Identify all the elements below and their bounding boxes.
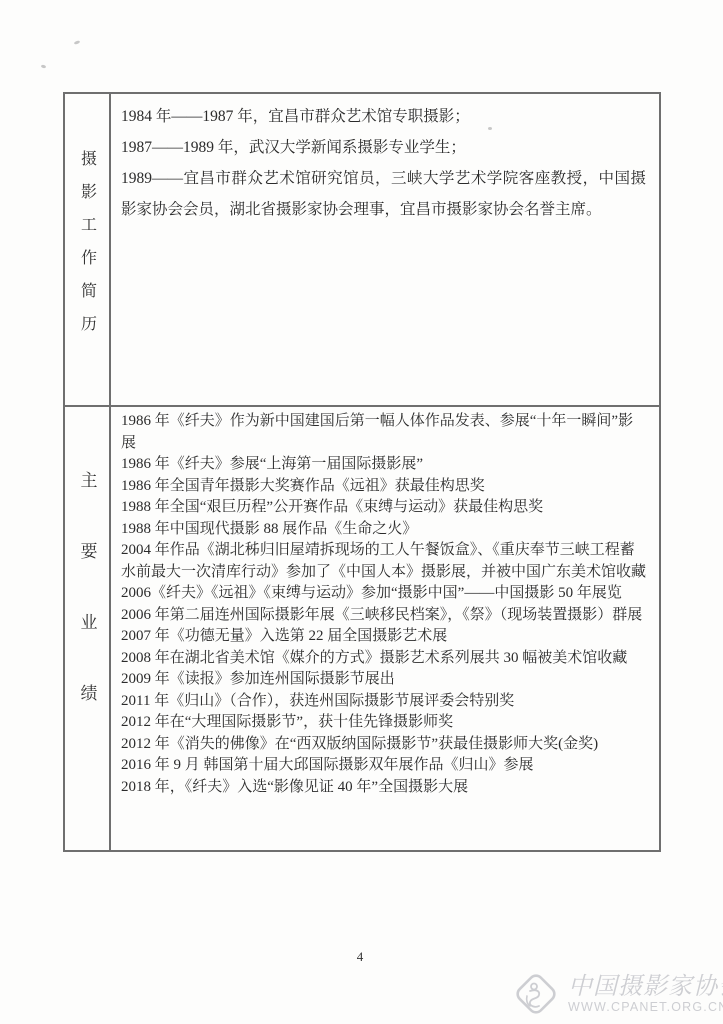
achievement-entry: 2012 年《消失的佛像》在“西双版纳国际摄影节”获最佳摄影师大奖(金奖): [121, 734, 647, 756]
row-label-main-achievements: 主要业绩: [65, 405, 109, 850]
achievement-entry: 2009 年《读报》参加连州国际摄影节展出: [121, 669, 647, 691]
history-entry: 1984 年——1987 年，宜昌市群众艺术馆专职摄影；: [121, 101, 646, 132]
achievement-entry: 2018 年，《纤夫》入选“影像见证 40 年”全国摄影大展: [121, 777, 647, 799]
achievement-entry: 2008 年在湖北省美术馆《媒介的方式》摄影艺术系列展共 30 幅被美术馆收藏: [121, 648, 647, 670]
resume-table: 摄影工作简历 1984 年——1987 年，宜昌市群众艺术馆专职摄影； 1987…: [63, 92, 661, 852]
row-label-photo-work-history: 摄影工作简历: [65, 94, 109, 405]
achievement-entry: 2006《纤夫》《远祖》《束缚与运动》参加“摄影中国”——中国摄影 50 年展览: [121, 583, 647, 605]
achievement-entry: 1988 年全国“艰巨历程”公开赛作品《束缚与运动》获最佳构思奖: [121, 497, 647, 519]
history-entry: 1987——1989 年，武汉大学新闻系摄影专业学生；: [121, 132, 646, 163]
history-entry: 1989——宜昌市群众艺术馆研究馆员，三峡大学艺术学院客座教授，中国摄影家协会会…: [121, 163, 646, 225]
watermark-url: WWW.CPANET.ORG.CN: [568, 1000, 723, 1014]
achievement-entry: 1986 年《纤夫》作为新中国建国后第一幅人体作品发表、参展“十年一瞬间”影展: [121, 411, 647, 454]
row-label-text: 主要业绩: [75, 471, 100, 755]
achievement-entry: 2007 年《功德无量》入选第 22 届全国摄影艺术展: [121, 626, 647, 648]
scan-speck: [41, 64, 47, 68]
achievement-entry: 2004 年作品《湖北秭归旧屋靖拆现场的工人午餐饭盒》、《重庆奉节三峡工程蓄水前…: [121, 540, 647, 583]
achievement-entry: 2016 年 9 月 韩国第十届大邱国际摄影双年展作品《归山》参展: [121, 755, 647, 777]
achievement-entry: 1988 年中国现代摄影 88 展作品《生命之火》: [121, 519, 647, 541]
photo-work-history-cell: 1984 年——1987 年，宜昌市群众艺术馆专职摄影； 1987——1989 …: [111, 94, 659, 405]
achievement-entry: 1986 年《纤夫》参展“上海第一届国际摄影展”: [121, 454, 647, 476]
achievement-entry: 2011 年《归山》（合作），获连州国际摄影节展评委会特别奖: [121, 691, 647, 713]
watermark-text-block: 中国摄影家协会 WWW.CPANET.ORG.CN: [568, 974, 723, 1014]
cpa-logo-icon: [512, 970, 560, 1018]
watermark-chinese-name: 中国摄影家协会: [568, 974, 723, 1000]
page-number: 4: [350, 949, 370, 965]
scan-speck: [74, 40, 81, 45]
achievement-entry: 2006 年第二届连州国际摄影年展《三峡移民档案》，《祭》（现场装置摄影）群展: [121, 605, 647, 627]
achievement-entry: 2012 年在“大理国际摄影节”，获十佳先锋摄影师奖: [121, 712, 647, 734]
achievement-entry: 1986 年全国青年摄影大奖赛作品《远祖》获最佳构思奖: [121, 476, 647, 498]
cpanet-watermark: 中国摄影家协会 WWW.CPANET.ORG.CN: [512, 970, 723, 1018]
row-label-text: 摄影工作简历: [76, 150, 99, 348]
main-achievements-cell: 1986 年《纤夫》作为新中国建国后第一幅人体作品发表、参展“十年一瞬间”影展 …: [111, 407, 659, 850]
